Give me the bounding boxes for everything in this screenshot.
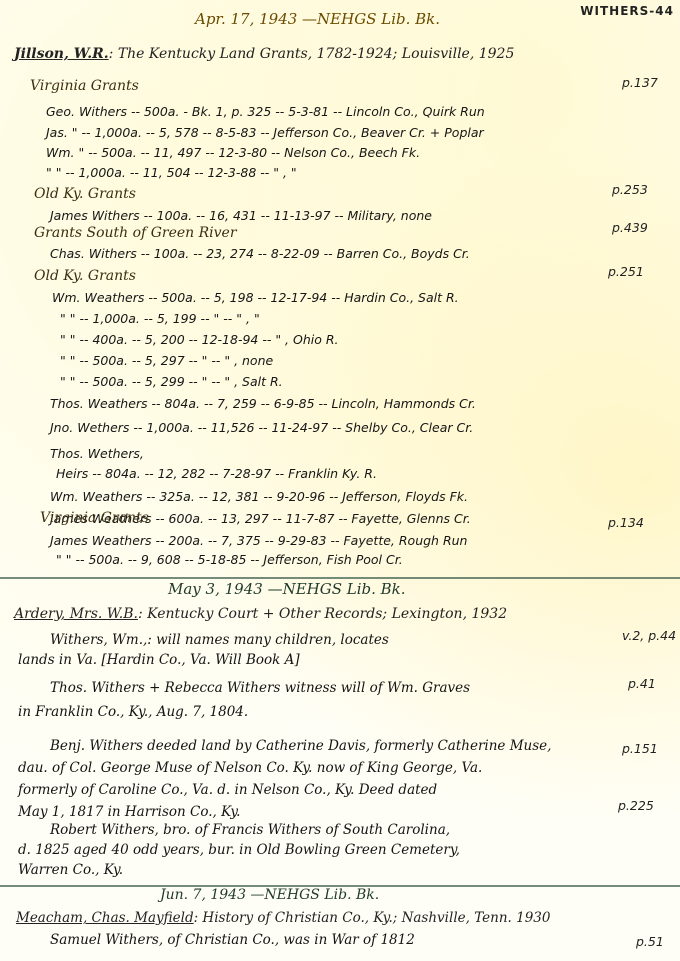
page-ref: p.251 (608, 264, 644, 279)
grant-row: Jas. " -- 1,000a. -- 5, 578 -- 8-5-83 --… (46, 125, 484, 140)
grant-row: " " -- 500a. -- 9, 608 -- 5-18-85 -- Jef… (56, 552, 403, 567)
page-ref: p.137 (622, 75, 658, 90)
page-ref: v.2, p.44 (622, 628, 676, 643)
group-heading: Virginia Grants (40, 510, 149, 526)
section-2-title: : Kentucky Court + Other Records; Lexing… (138, 606, 507, 622)
grant-row: Wm. " -- 500a. -- 11, 497 -- 12-3-80 -- … (46, 145, 420, 160)
entry-line: Samuel Withers, of Christian Co., was in… (50, 932, 415, 948)
grant-row: " " -- 500a. -- 5, 297 -- " -- " , none (60, 353, 273, 368)
grant-row: Heirs -- 804a. -- 12, 282 -- 7-28-97 -- … (56, 466, 377, 481)
section-2-dateline: May 3, 1943 —NEHGS Lib. Bk. (168, 580, 406, 598)
grant-row: Wm. Weathers -- 325a. -- 12, 381 -- 9-20… (50, 489, 468, 504)
grant-row: James Weathers -- 200a. -- 7, 375 -- 9-2… (50, 533, 467, 548)
entry-line: in Franklin Co., Ky., Aug. 7, 1804. (18, 704, 248, 720)
entry-line: May 1, 1817 in Harrison Co., Ky. (18, 804, 240, 820)
entry-line: Warren Co., Ky. (18, 862, 123, 878)
grant-row: Geo. Withers -- 500a. - Bk. 1, p. 325 --… (46, 104, 485, 119)
grant-row: Wm. Weathers -- 500a. -- 5, 198 -- 12-17… (52, 290, 459, 305)
page-ref: p.439 (612, 220, 648, 235)
page-ref: p.225 (618, 798, 654, 813)
section-divider (0, 577, 680, 579)
page-ref: p.151 (622, 741, 658, 756)
section-1-author: Jillson, W.R. (14, 46, 109, 62)
page-ref: p.51 (636, 934, 664, 949)
grant-row: Thos. Wethers, (50, 446, 144, 461)
entry-line: formerly of Caroline Co., Va. d. in Nels… (18, 782, 437, 798)
entry-line: dau. of Col. George Muse of Nelson Co. K… (18, 760, 482, 776)
section-3-dateline: Jun. 7, 1943 —NEHGS Lib. Bk. (160, 887, 379, 903)
grant-row: Thos. Weathers -- 804a. -- 7, 259 -- 6-9… (50, 396, 476, 411)
section-1-title: : The Kentucky Land Grants, 1782-1924; L… (109, 46, 515, 62)
grant-row: " " -- 1,000a. -- 5, 199 -- " -- " , " (60, 311, 260, 326)
grant-row: Jno. Wethers -- 1,000a. -- 11,526 -- 11-… (50, 420, 473, 435)
group-heading: Grants South of Green River (34, 225, 237, 241)
entry-line: Thos. Withers + Rebecca Withers witness … (50, 680, 470, 696)
grant-row: " " -- 400a. -- 5, 200 -- 12-18-94 -- " … (60, 332, 339, 347)
section-1-citation: Jillson, W.R.: The Kentucky Land Grants,… (14, 46, 514, 62)
section-2-author: Ardery, Mrs. W.B. (14, 606, 138, 622)
page-ref: p.134 (608, 515, 644, 530)
page-id-label: WITHERS-44 (580, 4, 674, 18)
entry-line: Robert Withers, bro. of Francis Withers … (50, 822, 450, 838)
section-1-dateline: Apr. 17, 1943 —NEHGS Lib. Bk. (195, 10, 440, 28)
section-3-citation: Meacham, Chas. Mayfield: History of Chri… (16, 910, 550, 926)
group-heading: Old Ky. Grants (34, 186, 136, 202)
entry-line: Benj. Withers deeded land by Catherine D… (50, 738, 551, 754)
group-heading: Old Ky. Grants (34, 268, 136, 284)
grant-row: James Withers -- 100a. -- 16, 431 -- 11-… (50, 208, 432, 223)
page-ref: p.41 (628, 676, 656, 691)
grant-row: Chas. Withers -- 100a. -- 23, 274 -- 8-2… (50, 246, 470, 261)
grant-row: " " -- 1,000a. -- 11, 504 -- 12-3-88 -- … (46, 165, 297, 180)
page-ref: p.253 (612, 182, 648, 197)
entry-line: lands in Va. [Hardin Co., Va. Will Book … (18, 652, 300, 668)
section-2-citation: Ardery, Mrs. W.B.: Kentucky Court + Othe… (14, 606, 507, 622)
entry-line: Withers, Wm.,: will names many children,… (50, 632, 389, 648)
group-heading: Virginia Grants (30, 78, 139, 94)
grant-row: " " -- 500a. -- 5, 299 -- " -- " , Salt … (60, 374, 283, 389)
entry-line: d. 1825 aged 40 odd years, bur. in Old B… (18, 842, 460, 858)
section-3-title: : History of Christian Co., Ky.; Nashvil… (194, 910, 551, 926)
section-3-author: Meacham, Chas. Mayfield (16, 910, 194, 926)
document-page: WITHERS-44 Apr. 17, 1943 —NEHGS Lib. Bk.… (0, 0, 680, 961)
